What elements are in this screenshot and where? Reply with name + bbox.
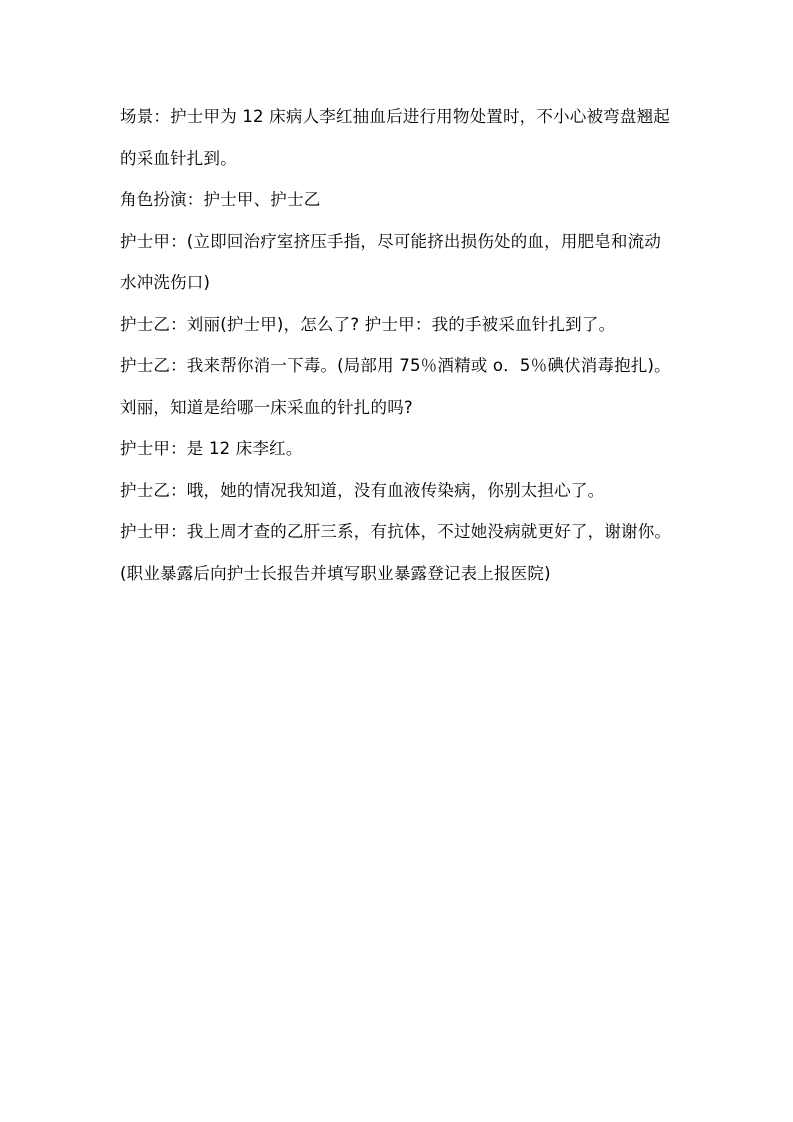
dialogue-line: 护士甲：是 12 床李红。 xyxy=(120,428,676,470)
dialogue-line: 护士甲：我上周才查的乙肝三系，有抗体，不过她没病就更好了，谢谢你。 xyxy=(120,511,676,553)
document-page: 场景：护士甲为 12 床病人李红抽血后进行用物处置时，不小心被弯盘翘起的采血针扎… xyxy=(120,96,676,594)
dialogue-line: 护士乙：哦，她的情况我知道，没有血液传染病，你别太担心了。 xyxy=(120,470,676,512)
dialogue-line: 护士甲：(立即回治疗室挤压手指，尽可能挤出损伤处的血，用肥皂和流动水冲洗伤口) xyxy=(120,221,676,304)
dialogue-line: 护士乙：我来帮你消一下毒。(局部用 75％酒精或 o．5％碘伏消毒抱扎)。刘丽，… xyxy=(120,345,676,428)
roles-paragraph: 角色扮演：护士甲、护士乙 xyxy=(120,179,676,221)
closing-note: (职业暴露后向护士长报告并填写职业暴露登记表上报医院) xyxy=(120,553,676,595)
dialogue-line: 护士乙：刘丽(护士甲)，怎么了? 护士甲：我的手被采血针扎到了。 xyxy=(120,304,676,346)
scene-paragraph: 场景：护士甲为 12 床病人李红抽血后进行用物处置时，不小心被弯盘翘起的采血针扎… xyxy=(120,96,676,179)
